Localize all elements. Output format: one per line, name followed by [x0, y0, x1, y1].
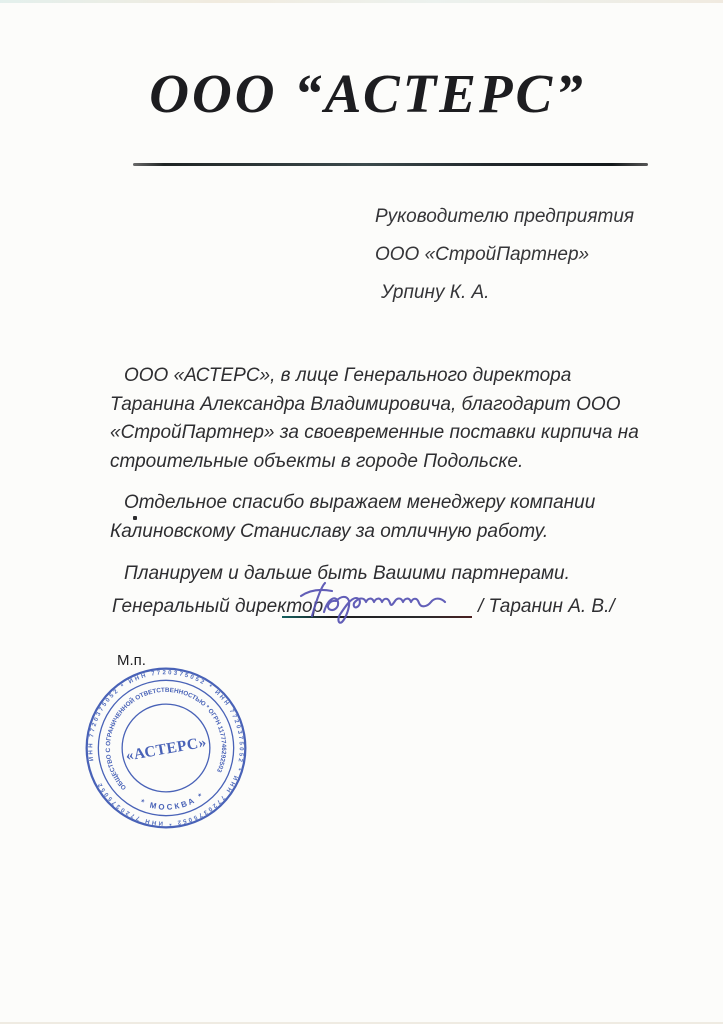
paragraph-thanks: ООО «АСТЕРС», в лице Генерального директ… [110, 362, 650, 476]
signature-role-label: Генеральный директор [112, 596, 323, 618]
letterhead-rule [133, 163, 648, 166]
paragraph-manager: Отдельное спасибо выражаем менеджеру ком… [110, 489, 650, 546]
addressee-line-company: ООО «СтройПартнер» [375, 244, 634, 265]
signature-name: / Таранин А. В./ [478, 596, 615, 618]
letter-body: ООО «АСТЕРС», в лице Генерального директ… [110, 362, 650, 601]
stray-ink-dot [133, 516, 137, 520]
addressee-line-person: Урпину К. А. [375, 282, 634, 303]
signature-stroke-t [312, 583, 325, 616]
addressee-line-position: Руководителю предприятия [375, 206, 634, 227]
signature-stroke-bar [301, 590, 332, 596]
addressee-block: Руководителю предприятия ООО «СтройПартн… [375, 206, 634, 320]
company-round-stamp: ИНН 7720375052 * ИНН 7720375052 * ИНН 77… [69, 651, 264, 846]
letterhead-title: ООО “АСТЕРС” [6, 62, 723, 125]
stamp-center-text: «АСТЕРС» [124, 734, 208, 765]
signature-stroke-main [324, 597, 445, 623]
scanned-letter-page: ООО “АСТЕРС” Руководителю предприятия ОО… [0, 0, 723, 1024]
handwritten-signature [294, 574, 494, 628]
scan-artifact-top [0, 0, 723, 3]
